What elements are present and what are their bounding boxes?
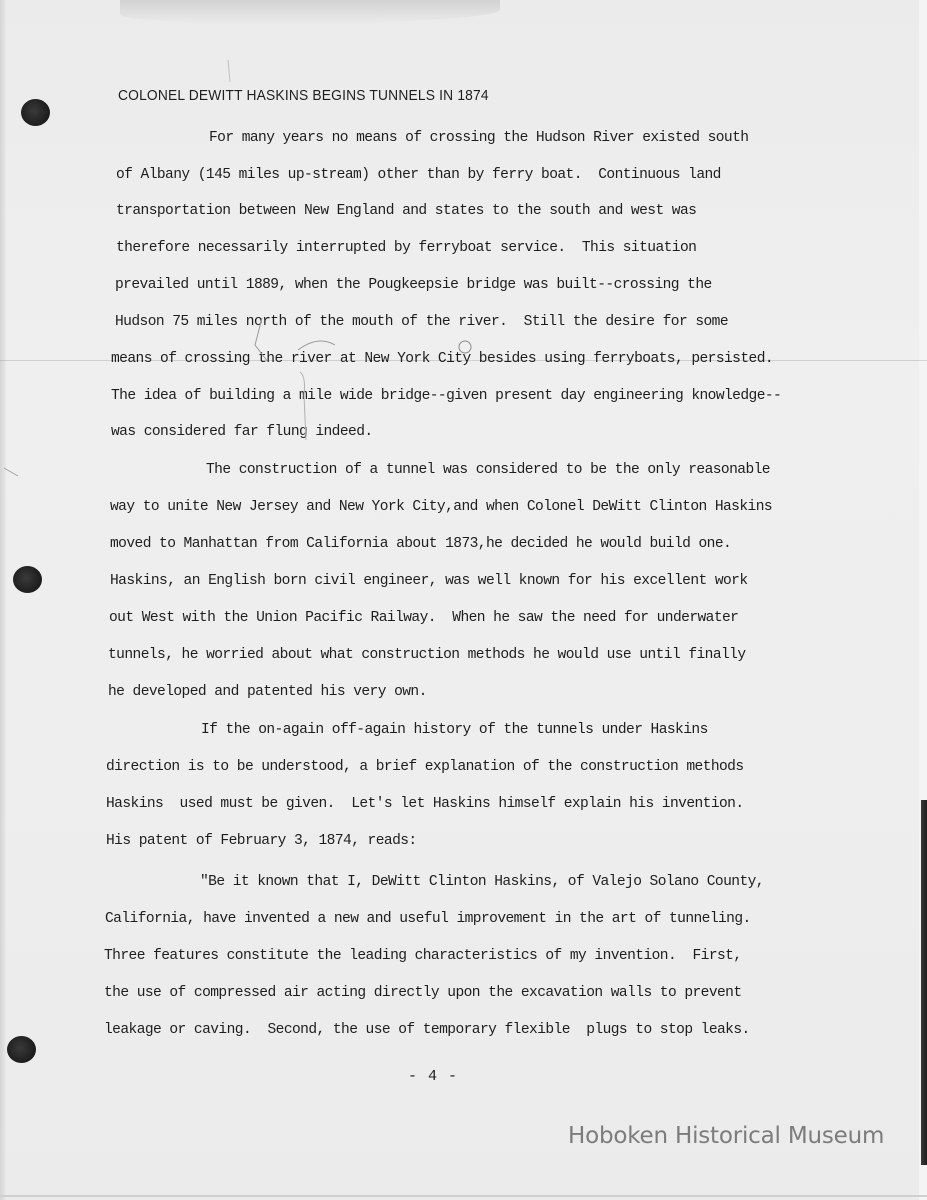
text-line: moved to Manhattan from California about… bbox=[110, 534, 731, 552]
text-line: Three features constitute the leading ch… bbox=[104, 946, 742, 964]
scan-edge-shadow bbox=[921, 800, 927, 1165]
text-line: The construction of a tunnel was conside… bbox=[206, 460, 770, 478]
document-title: COLONEL DEWITT HASKINS BEGINS TUNNELS IN… bbox=[118, 87, 489, 104]
page-number: - 4 - bbox=[408, 1068, 458, 1085]
text-line: If the on-again off-again history of the… bbox=[201, 720, 708, 738]
text-line: he developed and patented his very own. bbox=[108, 682, 427, 700]
text-line: direction is to be understood, a brief e… bbox=[106, 757, 744, 775]
text-line: tunnels, he worried about what construct… bbox=[108, 645, 746, 663]
text-line: out West with the Union Pacific Railway.… bbox=[109, 608, 738, 626]
page-bottom-edge bbox=[0, 1195, 927, 1197]
scanned-document-page: COLONEL DEWITT HASKINS BEGINS TUNNELS IN… bbox=[0, 0, 927, 1200]
text-line: The idea of building a mile wide bridge-… bbox=[111, 386, 781, 404]
text-line: way to unite New Jersey and New York Cit… bbox=[110, 497, 772, 515]
text-line: California, have invented a new and usef… bbox=[105, 909, 751, 927]
text-line: leakage or caving. Second, the use of te… bbox=[104, 1020, 750, 1038]
text-line: transportation between New England and s… bbox=[116, 201, 696, 219]
text-line: His patent of February 3, 1874, reads: bbox=[106, 831, 417, 849]
text-line: was considered far flung indeed. bbox=[111, 422, 373, 440]
text-line: Hudson 75 miles north of the mouth of th… bbox=[115, 312, 728, 330]
text-line: "Be it known that I, DeWitt Clinton Hask… bbox=[200, 872, 764, 890]
punch-hole-middle bbox=[13, 566, 42, 593]
text-line: the use of compressed air acting directl… bbox=[104, 983, 742, 1001]
text-line: means of crossing the river at New York … bbox=[111, 349, 773, 367]
punch-hole-top bbox=[21, 99, 50, 126]
watermark-text: Hoboken Historical Museum bbox=[568, 1123, 884, 1149]
text-line: of Albany (145 miles up-stream) other th… bbox=[116, 165, 721, 183]
scan-shadow bbox=[120, 0, 500, 24]
punch-hole-bottom bbox=[7, 1036, 36, 1063]
text-line: therefore necessarily interrupted by fer… bbox=[116, 238, 696, 256]
text-line: For many years no means of crossing the … bbox=[209, 128, 748, 146]
text-line: Haskins, an English born civil engineer,… bbox=[110, 571, 748, 589]
page-left-edge bbox=[0, 0, 6, 1200]
text-line: prevailed until 1889, when the Pougkeeps… bbox=[115, 275, 712, 293]
text-line: Haskins used must be given. Let's let Ha… bbox=[106, 794, 744, 812]
